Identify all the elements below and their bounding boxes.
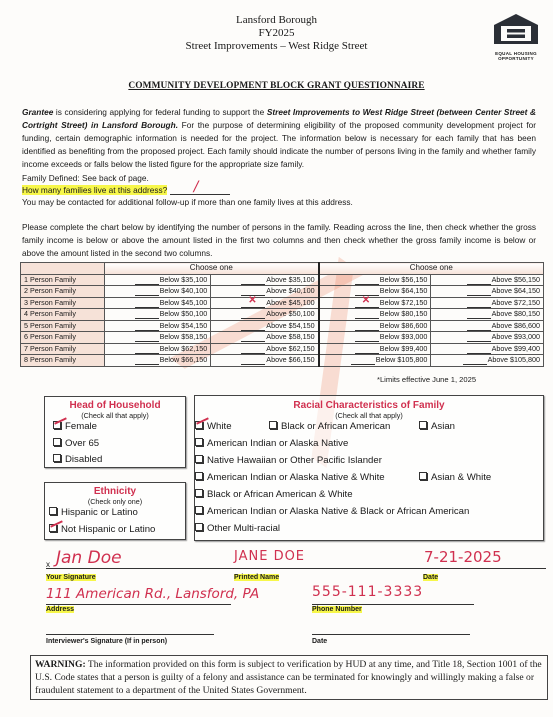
families-answer-field[interactable]: / bbox=[170, 185, 230, 195]
income-option-above2[interactable]: Above $64,150 bbox=[431, 286, 544, 298]
income-option-below2[interactable]: Below $56,150 bbox=[319, 274, 431, 286]
income-option-below2[interactable]: Below $86,600 bbox=[319, 320, 431, 332]
income-option-below1[interactable]: Below $40,100 bbox=[105, 286, 211, 298]
family-size-label: 8 Person Family bbox=[21, 355, 105, 367]
check-blank[interactable] bbox=[467, 299, 491, 308]
logo-text-2: OPPORTUNITY bbox=[490, 56, 542, 61]
income-option-above2[interactable]: Above $80,150 bbox=[431, 309, 544, 321]
income-limits-table: Choose oneChoose one1 Person FamilyBelow… bbox=[20, 262, 544, 367]
checkbox-option[interactable]: White bbox=[195, 419, 232, 436]
income-option-above2[interactable]: Above $99,400 bbox=[431, 343, 544, 355]
check-blank[interactable] bbox=[355, 333, 379, 342]
family-defined-note: Family Defined: See back of page. bbox=[22, 173, 149, 183]
checkbox-option[interactable]: Not Hispanic or Latino bbox=[49, 522, 185, 539]
checkbox-option[interactable]: Native Hawaiian or Other Pacific Islande… bbox=[195, 453, 382, 470]
limits-footnote: *Limits effective June 1, 2025 bbox=[377, 375, 476, 384]
interviewer-date-label: Date bbox=[312, 638, 327, 645]
income-option-below2[interactable]: Below $105,800 bbox=[319, 355, 431, 367]
printed-name-value[interactable]: JANE DOE bbox=[234, 549, 305, 564]
checkbox-icon[interactable] bbox=[195, 506, 203, 514]
family-size-label: 2 Person Family bbox=[21, 286, 105, 298]
check-blank[interactable] bbox=[355, 345, 379, 354]
table-row: 3 Person FamilyBelow $45,100✕Above $45,1… bbox=[21, 297, 544, 309]
interviewer-date-line[interactable] bbox=[312, 634, 470, 635]
equal-housing-logo: EQUAL HOUSING OPPORTUNITY bbox=[490, 12, 542, 56]
income-option-below2[interactable]: ✕Below $72,150 bbox=[319, 297, 431, 309]
date-value[interactable]: 7-21-2025 bbox=[424, 548, 502, 566]
checkbox-option[interactable]: Asian bbox=[419, 419, 455, 436]
racial-characteristics-box: Racial Characteristics of Family (Check … bbox=[194, 395, 544, 541]
income-option-below1[interactable]: Below $50,100 bbox=[105, 309, 211, 321]
income-option-above1[interactable]: Above $40,100 bbox=[211, 286, 319, 298]
race-title: Racial Characteristics of Family bbox=[195, 400, 543, 411]
families-question-row: How many families live at this address? … bbox=[22, 185, 230, 195]
income-option-above1[interactable]: ✕Above $45,100 bbox=[211, 297, 319, 309]
followup-note: You may be contacted for additional foll… bbox=[22, 197, 353, 207]
check-blank[interactable] bbox=[467, 276, 491, 285]
header-fiscal-year: FY2025 bbox=[0, 27, 553, 40]
family-size-label: 3 Person Family bbox=[21, 297, 105, 309]
checkbox-option[interactable]: Asian & White bbox=[419, 470, 491, 487]
equal-housing-house-icon bbox=[490, 12, 542, 46]
checkbox-icon[interactable] bbox=[419, 472, 427, 480]
check-blank[interactable] bbox=[135, 287, 159, 296]
checkbox-option[interactable]: Black or African American & White bbox=[195, 487, 353, 504]
check-blank[interactable] bbox=[467, 345, 491, 354]
income-option-above1[interactable]: Above $35,100 bbox=[211, 274, 319, 286]
phone-value[interactable]: 555-111-3333 bbox=[312, 584, 423, 600]
income-option-below2[interactable]: Below $99,400 bbox=[319, 343, 431, 355]
checkbox-option[interactable]: American Indian or Alaska Native & Black… bbox=[195, 504, 469, 521]
intro-paragraph: Grantee is considering applying for fede… bbox=[22, 106, 536, 171]
income-option-below1[interactable]: Below $58,150 bbox=[105, 332, 211, 344]
page-title: COMMUNITY DEVELOPMENT BLOCK GRANT QUESTI… bbox=[0, 81, 553, 91]
check-blank[interactable] bbox=[467, 333, 491, 342]
checkbox-icon[interactable] bbox=[195, 455, 203, 463]
choose-one-header-2: Choose one bbox=[319, 263, 544, 275]
checkbox-icon[interactable] bbox=[195, 523, 203, 531]
signature-row: x Jan Doe JANE DOE 7-21-2025 bbox=[46, 548, 546, 570]
table-row: 8 Person FamilyBelow $66,150Above $66,15… bbox=[21, 355, 544, 367]
income-option-above2[interactable]: Above $86,600 bbox=[431, 320, 544, 332]
table-row: 4 Person FamilyBelow $50,100Above $50,10… bbox=[21, 309, 544, 321]
header-borough: Lansford Borough bbox=[0, 14, 553, 27]
family-size-label: 6 Person Family bbox=[21, 332, 105, 344]
income-option-below1[interactable]: Below $35,100 bbox=[105, 274, 211, 286]
income-option-below1[interactable]: Below $45,100 bbox=[105, 297, 211, 309]
check-blank[interactable] bbox=[355, 310, 379, 319]
address-label: Address bbox=[46, 606, 74, 613]
interviewer-signature-line[interactable] bbox=[46, 634, 214, 635]
check-blank[interactable] bbox=[135, 322, 159, 331]
checkbox-icon[interactable] bbox=[53, 454, 61, 462]
head-of-household-title: Head of Household bbox=[45, 400, 185, 411]
family-size-label: 5 Person Family bbox=[21, 320, 105, 332]
checkbox-option[interactable]: Other Multi-racial bbox=[195, 521, 280, 538]
checkbox-icon[interactable] bbox=[195, 489, 203, 497]
family-size-label: 4 Person Family bbox=[21, 309, 105, 321]
check-blank[interactable] bbox=[351, 356, 375, 365]
signature-x-mark: x bbox=[46, 560, 50, 569]
checked-checkbox-icon[interactable] bbox=[53, 421, 61, 429]
check-blank[interactable] bbox=[241, 322, 265, 331]
head-of-household-box: Head of Household (Check all that apply)… bbox=[44, 396, 186, 468]
check-blank[interactable] bbox=[241, 310, 265, 319]
income-option-below1[interactable]: Below $66,150 bbox=[105, 355, 211, 367]
check-blank[interactable]: ✕ bbox=[241, 299, 265, 308]
x-mark-icon: ✕ bbox=[362, 296, 370, 306]
income-option-above1[interactable]: Above $62,150 bbox=[211, 343, 319, 355]
check-blank[interactable] bbox=[241, 333, 265, 342]
grantee-label: Grantee bbox=[22, 107, 53, 117]
phone-line bbox=[312, 604, 474, 605]
checked-checkbox-icon[interactable] bbox=[195, 421, 203, 429]
income-option-below2[interactable]: Below $64,150 bbox=[319, 286, 431, 298]
income-option-above1[interactable]: Above $54,150 bbox=[211, 320, 319, 332]
check-blank[interactable]: ✕ bbox=[355, 299, 379, 308]
checkbox-option[interactable]: Female bbox=[53, 419, 185, 436]
check-blank[interactable] bbox=[355, 322, 379, 331]
income-option-below1[interactable]: Below $54,150 bbox=[105, 320, 211, 332]
income-option-below2[interactable]: Below $80,150 bbox=[319, 309, 431, 321]
warning-label: WARNING: bbox=[35, 659, 86, 670]
ethnicity-title: Ethnicity bbox=[45, 486, 185, 497]
checkbox-icon[interactable] bbox=[195, 438, 203, 446]
check-blank[interactable] bbox=[355, 276, 379, 285]
check-blank[interactable] bbox=[241, 356, 265, 365]
income-option-above1[interactable]: Above $50,100 bbox=[211, 309, 319, 321]
interviewer-signature-label: Interviewer's Signature (If in person) bbox=[46, 638, 167, 645]
checkbox-option[interactable]: Over 65 bbox=[53, 436, 185, 453]
warning-text: The information provided on this form is… bbox=[35, 659, 542, 696]
table-header-row: Choose oneChoose one bbox=[21, 263, 544, 275]
checkbox-option[interactable]: American Indian or Alaska Native bbox=[195, 436, 348, 453]
printed-name-label: Printed Name bbox=[234, 574, 279, 581]
family-size-label: 7 Person Family bbox=[21, 343, 105, 355]
check-blank[interactable] bbox=[241, 276, 265, 285]
income-option-above2[interactable]: Above $105,800 bbox=[431, 355, 544, 367]
table-row: 5 Person FamilyBelow $54,150Above $54,15… bbox=[21, 320, 544, 332]
choose-one-header-1: Choose one bbox=[105, 263, 319, 275]
check-blank[interactable] bbox=[135, 299, 159, 308]
check-blank[interactable] bbox=[241, 345, 265, 354]
table-row: 7 Person FamilyBelow $62,150Above $62,15… bbox=[21, 343, 544, 355]
check-blank[interactable] bbox=[135, 345, 159, 354]
signature-value[interactable]: Jan Doe bbox=[56, 548, 122, 568]
checkbox-option[interactable]: Black or African American bbox=[269, 419, 390, 436]
checkbox-option[interactable]: Disabled bbox=[53, 452, 185, 469]
address-line bbox=[46, 604, 231, 605]
income-option-above1[interactable]: Above $66,150 bbox=[211, 355, 319, 367]
x-mark-icon: ✕ bbox=[248, 296, 256, 306]
income-option-above2[interactable]: Above $93,000 bbox=[431, 332, 544, 344]
checkbox-icon[interactable] bbox=[269, 421, 277, 429]
checkbox-option[interactable]: Hispanic or Latino bbox=[49, 505, 185, 522]
address-value[interactable]: 111 American Rd., Lansford, PA bbox=[46, 586, 259, 602]
checked-checkbox-icon[interactable] bbox=[49, 524, 57, 532]
check-blank[interactable] bbox=[135, 356, 159, 365]
income-option-above2[interactable]: Above $72,150 bbox=[431, 297, 544, 309]
checkbox-option[interactable]: American Indian or Alaska Native & White bbox=[195, 470, 385, 487]
income-option-above1[interactable]: Above $58,150 bbox=[211, 332, 319, 344]
check-blank[interactable] bbox=[467, 310, 491, 319]
table-row: 6 Person FamilyBelow $58,150Above $58,15… bbox=[21, 332, 544, 344]
check-blank[interactable] bbox=[135, 333, 159, 342]
checkbox-icon[interactable] bbox=[49, 507, 57, 515]
check-blank[interactable] bbox=[463, 356, 487, 365]
checkbox-icon[interactable] bbox=[53, 438, 61, 446]
header-project: Street Improvements – West Ridge Street bbox=[0, 40, 553, 53]
warning-box: WARNING: The information provided on thi… bbox=[30, 655, 548, 700]
income-option-above2[interactable]: Above $56,150 bbox=[431, 274, 544, 286]
table-row: 1 Person FamilyBelow $35,100Above $35,10… bbox=[21, 274, 544, 286]
family-size-label: 1 Person Family bbox=[21, 274, 105, 286]
ethnicity-box: Ethnicity (Check only one) Hispanic or L… bbox=[44, 482, 186, 540]
chart-instructions: Please complete the chart below by ident… bbox=[22, 221, 536, 260]
income-option-below1[interactable]: Below $62,150 bbox=[105, 343, 211, 355]
date-label: Date bbox=[423, 574, 438, 581]
checkbox-icon[interactable] bbox=[419, 421, 427, 429]
check-blank[interactable] bbox=[467, 322, 491, 331]
check-blank[interactable] bbox=[135, 276, 159, 285]
checkbox-icon[interactable] bbox=[195, 472, 203, 480]
signature-label: Your Signature bbox=[46, 574, 96, 581]
table-row: 2 Person FamilyBelow $40,100Above $40,10… bbox=[21, 286, 544, 298]
phone-label: Phone Number bbox=[312, 606, 362, 613]
families-question: How many families live at this address? bbox=[22, 185, 167, 195]
income-option-below2[interactable]: Below $93,000 bbox=[319, 332, 431, 344]
check-blank[interactable] bbox=[135, 310, 159, 319]
check-blank[interactable] bbox=[467, 287, 491, 296]
